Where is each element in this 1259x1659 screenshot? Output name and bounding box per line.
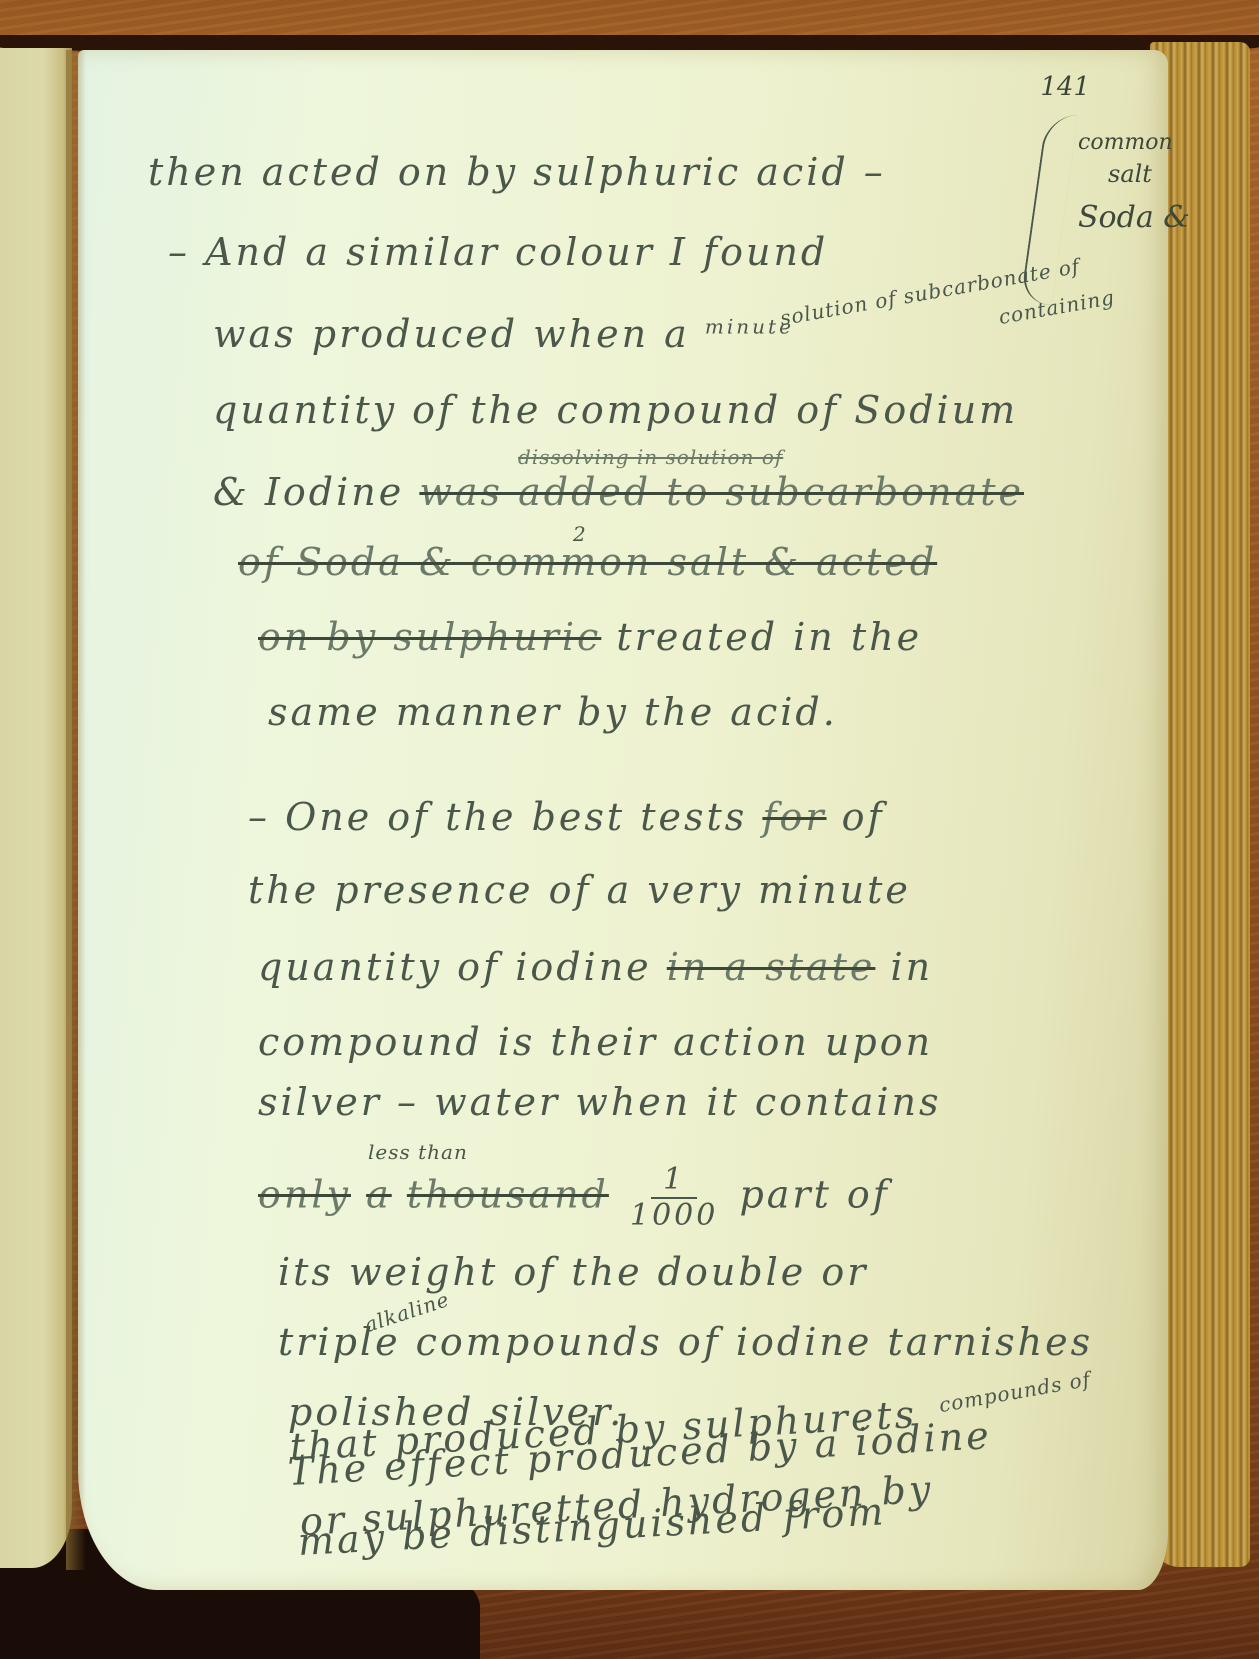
deleted-text: thousand bbox=[407, 1173, 609, 1217]
manuscript-line-4: quantity of the compound of Sodium bbox=[213, 388, 1018, 432]
deleted-text: in a state bbox=[667, 945, 876, 989]
line-text: quantity of iodine bbox=[258, 945, 652, 989]
deleted-text: only bbox=[258, 1173, 351, 1217]
line-text: then acted on by sulphuric acid – bbox=[148, 150, 886, 194]
line-text: quantity of the bbox=[213, 388, 541, 432]
manuscript-line-9: – One of the best tests for of bbox=[248, 795, 885, 839]
line-text: – And a similar colour I found bbox=[168, 230, 828, 274]
line-text-minute: minute bbox=[705, 314, 794, 338]
manuscript-line-6: of Soda & common salt & acted bbox=[238, 540, 937, 584]
deleted-text: was added to subcarbonate bbox=[419, 470, 1024, 514]
line-text: its weight of the double or bbox=[278, 1250, 868, 1294]
line-text: silver – bbox=[258, 1080, 419, 1124]
manuscript-line-15: its weight of the double or bbox=[278, 1250, 868, 1294]
insertion-containing: containing bbox=[997, 285, 1117, 329]
manuscript-line-2: – And a similar colour I found bbox=[168, 230, 828, 274]
book-gutter bbox=[66, 50, 86, 1570]
insertion-less-than: less than bbox=[368, 1140, 468, 1164]
manuscript-line-5: & Iodine was added to subcarbonate bbox=[213, 470, 1024, 514]
insertion-compounds-of: compounds of bbox=[937, 1367, 1093, 1417]
fraction-numerator: 1 bbox=[651, 1165, 697, 1199]
manuscript-line-14: only a thousand 1 1000 part of bbox=[258, 1165, 890, 1231]
line-text: water when it contains bbox=[434, 1080, 941, 1124]
line-text: in bbox=[891, 945, 934, 989]
manuscript-line-8: same manner by the acid. bbox=[268, 690, 838, 734]
fraction-one-thousandth: 1 1000 bbox=[630, 1165, 718, 1231]
line-text: compound is their action upon bbox=[258, 1020, 933, 1064]
line-text: triple compounds of iodine tarnishes bbox=[278, 1320, 1093, 1364]
manuscript-line-7: on by sulphuric treated in the bbox=[258, 615, 922, 659]
manuscript-line-1: then acted on by sulphuric acid – bbox=[148, 150, 886, 194]
deleted-insertion-dissolving: dissolving in solution of bbox=[518, 445, 783, 469]
manuscript-line-11: quantity of iodine in a state in bbox=[258, 945, 933, 989]
line-text: & Iodine bbox=[213, 470, 404, 514]
line-text: part of bbox=[739, 1173, 889, 1217]
line-text: was produced when a bbox=[213, 312, 690, 356]
line-text: same manner by the acid. bbox=[268, 690, 838, 734]
line-text: of bbox=[842, 795, 885, 839]
deleted-text: for bbox=[762, 795, 826, 839]
deleted-text: of Soda & common salt & acted bbox=[238, 540, 937, 584]
manuscript-line-13: silver – water when it contains bbox=[258, 1080, 942, 1124]
manuscript-line-10: the presence of a very minute bbox=[248, 868, 911, 912]
page-number: 141 bbox=[1040, 72, 1090, 102]
margin-note-line-3: Soda & bbox=[1078, 200, 1190, 235]
facing-left-page bbox=[0, 48, 72, 1568]
manuscript-page: 141 common salt Soda & then acted on by … bbox=[78, 50, 1168, 1590]
fraction-denominator: 1000 bbox=[630, 1199, 718, 1231]
manuscript-line-3: was produced when a minute bbox=[213, 312, 794, 356]
line-text: – One of the best tests bbox=[248, 795, 747, 839]
deleted-text: on by sulphuric bbox=[258, 615, 601, 659]
line-text: treated in the bbox=[616, 615, 922, 659]
deleted-text: a bbox=[366, 1173, 392, 1217]
manuscript-line-12: compound is their action upon bbox=[258, 1020, 933, 1064]
manuscript-line-16: triple compounds of iodine tarnishes bbox=[278, 1320, 1093, 1364]
margin-note-line-1: common bbox=[1078, 130, 1173, 155]
line-text: compound of Sodium bbox=[557, 388, 1019, 432]
margin-note-line-2: salt bbox=[1108, 160, 1152, 188]
line-text: the presence of a very minute bbox=[248, 868, 911, 912]
